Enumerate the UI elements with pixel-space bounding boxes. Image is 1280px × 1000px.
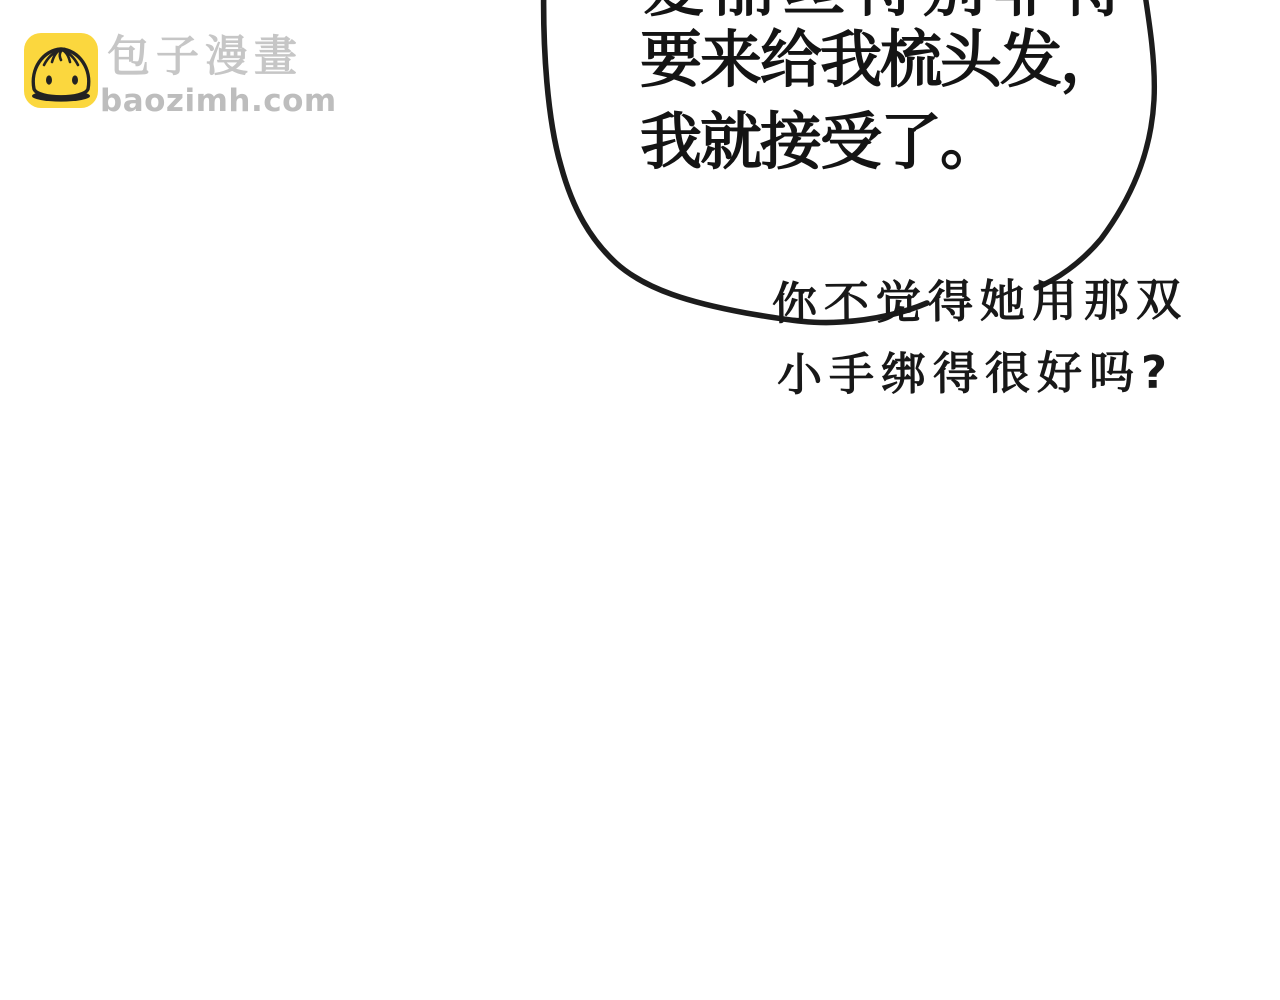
baozi-logo-icon — [24, 33, 98, 108]
bubble-text-line-1-clipped: 爱丽丝特别非得 — [643, 0, 1133, 23]
handwritten-text-line-1: 你不觉得她用那双 — [772, 275, 1189, 329]
site-watermark: 包子漫畫 baozimh.com — [0, 0, 420, 130]
comic-page: 包子漫畫 baozimh.com 爱丽丝特别非得 要来给我梳头发， 我就接受了。… — [0, 0, 1280, 1000]
bubble-text-line-3: 我就接受了。 — [640, 107, 1000, 176]
watermark-site-name: 包子漫畫 — [107, 36, 303, 79]
watermark-site-url: baozimh.com — [100, 86, 337, 117]
bubble-text-line-2: 要来给我梳头发， — [640, 25, 1120, 94]
handwritten-text-line-2: 小手绑得很好吗? — [777, 348, 1174, 400]
